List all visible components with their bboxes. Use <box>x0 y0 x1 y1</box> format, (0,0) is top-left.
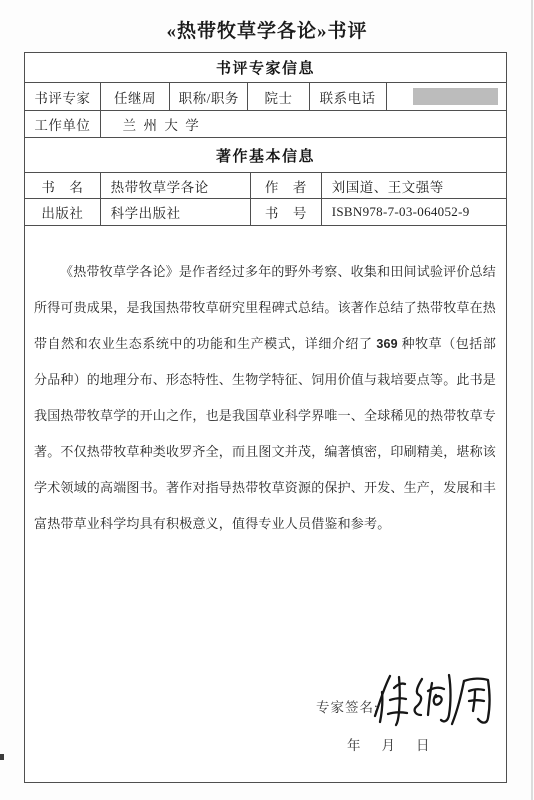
scan-page-edge <box>531 0 533 800</box>
table-row-book-name: 书 名 热带牧草学各论 作 者 刘国道、王文强等 <box>25 173 506 199</box>
isbn-label-cell: 书 号 <box>251 199 322 225</box>
section-header-book-info: 著作基本信息 <box>25 138 506 173</box>
phone-redaction-box <box>413 88 498 105</box>
job-title-label-cell: 职称/职务 <box>170 83 248 110</box>
date-line: 年 月 日 <box>347 734 430 754</box>
scanned-document-page: «热带牧草学各论»书评 书评专家信息 书评专家 任继周 职称/职务 院士 联系电… <box>0 0 534 800</box>
review-body-cell: 《热带牧草学各论》是作者经过多年的野外考察、收集和田间试验评价总结 所得可贵成果… <box>25 226 506 782</box>
table-row-workplace: 工作单位 兰 州 大 学 <box>25 111 506 138</box>
job-title-value-cell: 院士 <box>248 83 310 110</box>
review-line: 分品种）的地理分布、形态特性、生物学特征、饲用价值与栽培要点等。此书是 <box>34 362 496 398</box>
table-row-expert: 书评专家 任继周 职称/职务 院士 联系电话 <box>25 83 506 111</box>
author-label-cell: 作 者 <box>251 173 322 198</box>
workplace-value-cell: 兰 州 大 学 <box>101 111 506 137</box>
expert-label-cell: 书评专家 <box>25 83 101 110</box>
review-line: 所得可贵成果，是我国热带牧草研究里程碑式总结。该著作总结了热带牧草在热 <box>34 290 496 326</box>
species-count: 369 <box>376 337 397 351</box>
phone-value-cell <box>387 83 507 110</box>
book-name-label-cell: 书 名 <box>25 173 101 198</box>
scan-artifact-dash <box>0 754 4 760</box>
workplace-label-cell: 工作单位 <box>25 111 101 137</box>
review-form-table: 书评专家信息 书评专家 任继周 职称/职务 院士 联系电话 工作单位 兰 州 大… <box>24 52 507 783</box>
review-line-text: 带自然和农业生态系统中的功能和生产模式，详细介绍了 <box>34 336 376 351</box>
author-cell: 刘国道、王文强等 <box>322 173 506 198</box>
date-year-label: 年 <box>347 734 361 754</box>
date-month-label: 月 <box>382 734 396 754</box>
review-line: 我国热带牧草学的开山之作，也是我国草业科学界唯一、全球稀见的热带牧草专 <box>34 398 496 434</box>
publisher-cell: 科学出版社 <box>101 199 251 225</box>
page-title: «热带牧草学各论»书评 <box>0 16 534 43</box>
table-row-publisher: 出版社 科学出版社 书 号 ISBN978-7-03-064052-9 <box>25 199 506 226</box>
review-line: 学术领域的高端图书。著作对指导热带牧草资源的保护、开发、生产，发展和丰 <box>34 470 496 506</box>
section-header-expert-info: 书评专家信息 <box>25 53 506 83</box>
signature-label: 专家签名: <box>316 696 379 716</box>
publisher-label-cell: 出版社 <box>25 199 101 225</box>
date-day-label: 日 <box>416 734 430 754</box>
review-line-text: 种牧草（包括部 <box>398 336 496 351</box>
review-line: 富热带草业科学均具有积极意义，值得专业人员借鉴和参考。 <box>34 506 496 542</box>
review-line: 带自然和农业生态系统中的功能和生产模式，详细介绍了 369 种牧草（包括部 <box>34 326 496 362</box>
book-name-cell: 热带牧草学各论 <box>101 173 251 198</box>
review-line: 《热带牧草学各论》是作者经过多年的野外考察、收集和田间试验评价总结 <box>34 254 496 290</box>
isbn-cell: ISBN978-7-03-064052-9 <box>322 199 506 225</box>
expert-name-cell: 任继周 <box>101 83 171 110</box>
phone-label-cell: 联系电话 <box>310 83 387 110</box>
review-line: 著。不仅热带牧草种类收罗齐全，而且图文并茂，编著慎密，印刷精美，堪称该 <box>34 434 496 470</box>
handwritten-signature <box>372 668 502 732</box>
